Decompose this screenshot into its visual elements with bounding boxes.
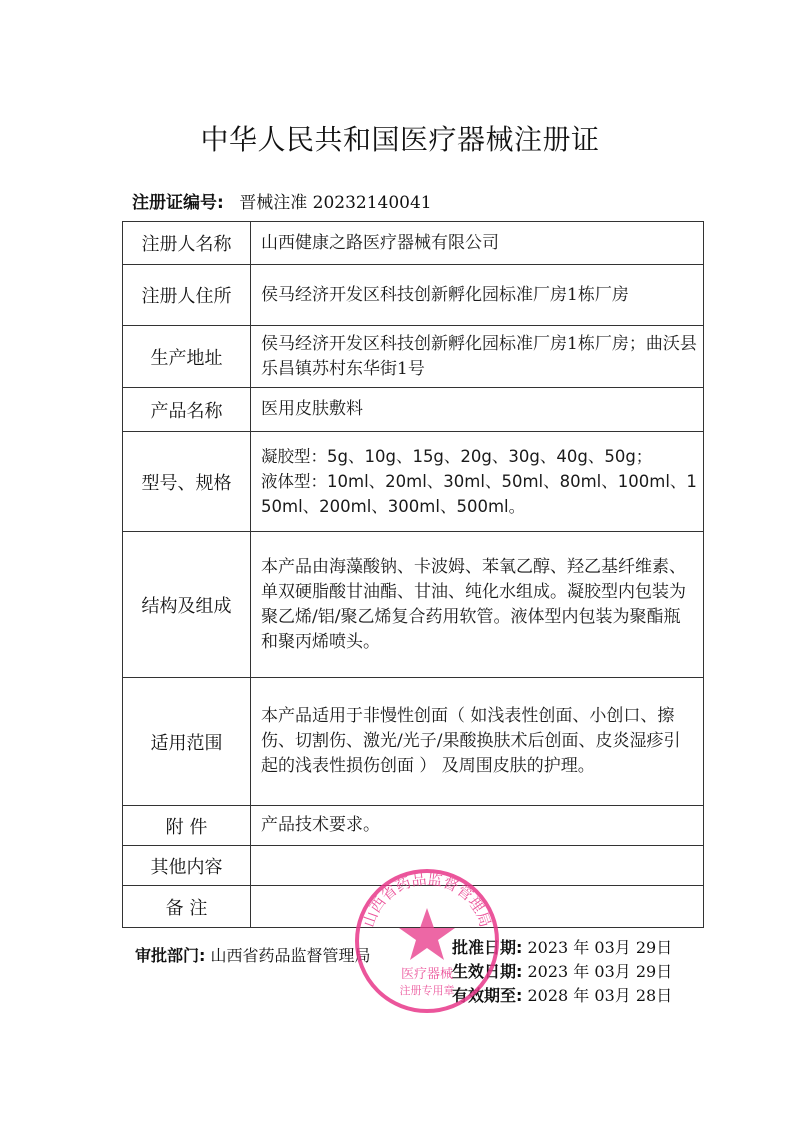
table-row: 其他内容 — [123, 846, 704, 886]
row-value: 产品技术要求。 — [251, 806, 704, 846]
spec-line-gel: 凝胶型：5g、10g、15g、20g、30g、40g、50g； — [261, 444, 697, 469]
row-value: 本产品适用于非慢性创面（ 如浅表性创面、小创口、擦伤、切割伤、激光/光子/果酸换… — [251, 678, 704, 806]
approval-department-value: 山西省药品监督管理局 — [211, 946, 371, 965]
table-row: 适用范围 本产品适用于非慢性创面（ 如浅表性创面、小创口、擦伤、切割伤、激光/光… — [123, 678, 704, 806]
approval-department: 审批部门: 山西省药品监督管理局 — [135, 943, 371, 966]
row-label: 注册人住所 — [123, 265, 251, 326]
row-label: 生产地址 — [123, 326, 251, 388]
table-row: 结构及组成 本产品由海藻酸钠、卡波姆、苯氧乙醇、羟乙基纤维素、单双硬脂酸甘油酯、… — [123, 532, 704, 678]
row-value: 山西健康之路医疗器械有限公司 — [251, 222, 704, 265]
row-value — [251, 886, 704, 928]
table-row: 产品名称 医用皮肤敷料 — [123, 388, 704, 432]
row-label: 其他内容 — [123, 846, 251, 886]
table-row: 备 注 — [123, 886, 704, 928]
row-value — [251, 846, 704, 886]
row-label: 结构及组成 — [123, 532, 251, 678]
registration-number-value: 晋械注准 20232140041 — [239, 193, 431, 213]
expiry-date: 有效期至: 2028 年 03月 28日 — [452, 984, 672, 1008]
row-label: 备 注 — [123, 886, 251, 928]
approval-department-label: 审批部门: — [135, 946, 205, 965]
row-label: 注册人名称 — [123, 222, 251, 265]
spec-line-liquid: 液体型：10ml、20ml、30ml、50ml、80ml、100ml、150ml… — [261, 469, 697, 519]
effective-date: 生效日期: 2023 年 03月 29日 — [452, 960, 672, 984]
document-title: 中华人民共和国医疗器械注册证 — [0, 118, 800, 158]
registration-number-label: 注册证编号: — [132, 193, 224, 213]
date-value: 2023 年 03月 29日 — [528, 938, 673, 957]
date-label: 生效日期: — [452, 962, 522, 981]
date-label: 批准日期: — [452, 938, 522, 957]
dates-block: 批准日期: 2023 年 03月 29日 生效日期: 2023 年 03月 29… — [452, 936, 672, 1008]
row-label: 适用范围 — [123, 678, 251, 806]
svg-text:医疗器械: 医疗器械 — [401, 966, 453, 982]
row-value: 侯马经济开发区科技创新孵化园标准厂房1栋厂房；曲沃县乐昌镇苏村东华街1号 — [251, 326, 704, 388]
table-row: 注册人住所 侯马经济开发区科技创新孵化园标准厂房1栋厂房 — [123, 265, 704, 326]
table-row: 附 件 产品技术要求。 — [123, 806, 704, 846]
row-label: 产品名称 — [123, 388, 251, 432]
table-row: 生产地址 侯马经济开发区科技创新孵化园标准厂房1栋厂房；曲沃县乐昌镇苏村东华街1… — [123, 326, 704, 388]
date-value: 2028 年 03月 28日 — [528, 986, 673, 1005]
approval-date: 批准日期: 2023 年 03月 29日 — [452, 936, 672, 960]
row-value: 凝胶型：5g、10g、15g、20g、30g、40g、50g； 液体型：10ml… — [251, 432, 704, 532]
row-value: 医用皮肤敷料 — [251, 388, 704, 432]
registration-number: 注册证编号: 晋械注准 20232140041 — [132, 188, 432, 213]
row-label: 型号、规格 — [123, 432, 251, 532]
table-row: 型号、规格 凝胶型：5g、10g、15g、20g、30g、40g、50g； 液体… — [123, 432, 704, 532]
row-value: 侯马经济开发区科技创新孵化园标准厂房1栋厂房 — [251, 265, 704, 326]
row-value: 本产品由海藻酸钠、卡波姆、苯氧乙醇、羟乙基纤维素、单双硬脂酸甘油酯、甘油、纯化水… — [251, 532, 704, 678]
table-row: 注册人名称 山西健康之路医疗器械有限公司 — [123, 222, 704, 265]
row-label: 附 件 — [123, 806, 251, 846]
date-value: 2023 年 03月 29日 — [528, 962, 673, 981]
date-label: 有效期至: — [452, 986, 522, 1005]
certificate-table: 注册人名称 山西健康之路医疗器械有限公司 注册人住所 侯马经济开发区科技创新孵化… — [122, 221, 704, 928]
svg-text:注册专用章: 注册专用章 — [400, 983, 455, 997]
